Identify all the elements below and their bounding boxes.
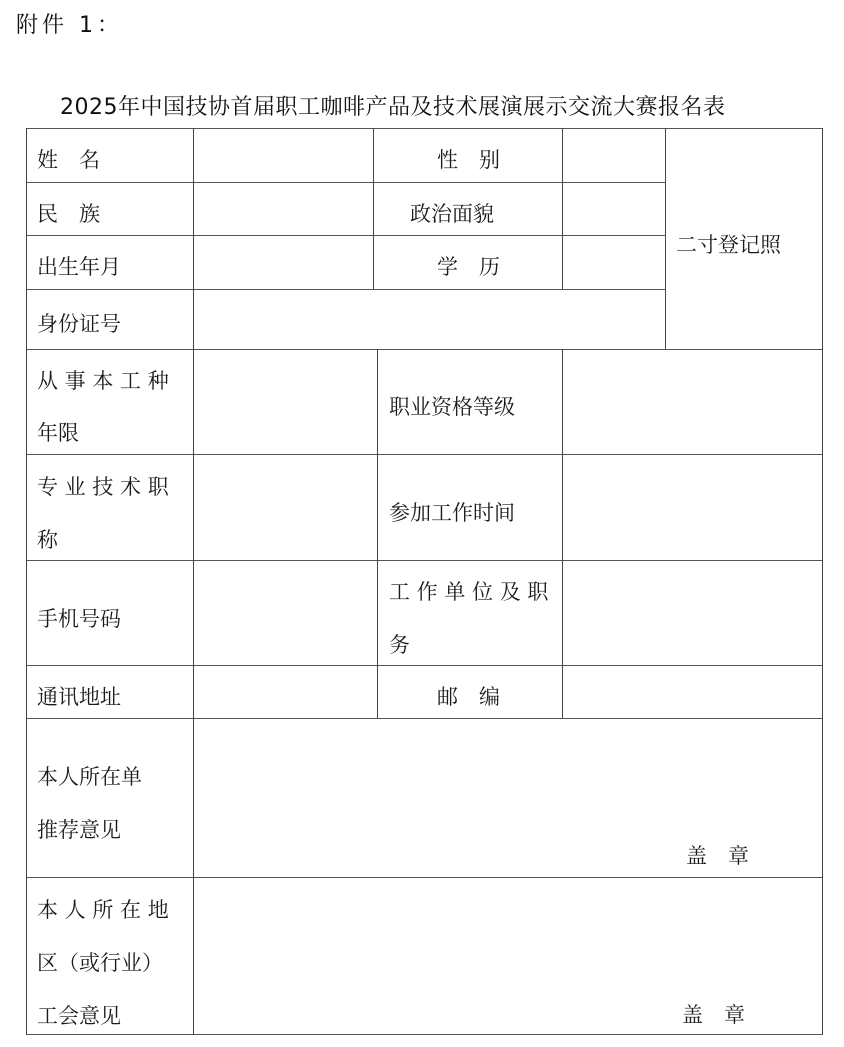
employer-input-cell[interactable] <box>564 562 821 664</box>
label-postcode: 邮 编 <box>437 687 500 708</box>
row-divider <box>26 289 665 290</box>
label-address: 通讯地址 <box>37 687 121 708</box>
table-border-top <box>26 128 823 129</box>
label-photo: 二寸登记照 <box>676 235 781 256</box>
row-divider <box>26 182 665 183</box>
label-professional-title-line2: 称 <box>37 530 58 551</box>
row-divider <box>26 665 823 666</box>
mobile-input-cell[interactable] <box>195 562 376 664</box>
label-professional-title-line1: 专 业 技 术 职 <box>37 477 169 498</box>
work-start-time-input-cell[interactable] <box>564 456 821 559</box>
address-input-cell[interactable] <box>195 667 376 717</box>
label-union-opinion-line1: 本 人 所 在 地 <box>37 900 169 921</box>
political-status-input-cell[interactable] <box>564 184 664 234</box>
table-border-bottom <box>26 1034 823 1035</box>
label-seal-union: 盖 章 <box>682 1005 745 1026</box>
col-divider <box>193 128 194 1035</box>
attachment-label: 附件 1： <box>16 8 123 39</box>
table-border-left <box>26 128 27 1035</box>
birth-date-input-cell[interactable] <box>195 237 372 288</box>
gender-input-cell[interactable] <box>564 130 664 181</box>
col-divider <box>562 349 563 718</box>
label-unit-opinion-line1: 本人所在单 <box>37 767 142 788</box>
qualification-level-input-cell[interactable] <box>564 351 821 453</box>
col-divider <box>665 128 666 349</box>
label-years-in-trade-line1: 从 事 本 工 种 <box>37 371 169 392</box>
id-number-input-cell[interactable] <box>195 291 664 348</box>
label-mobile: 手机号码 <box>37 609 121 630</box>
label-ethnicity: 民 族 <box>37 204 100 225</box>
row-divider <box>26 454 823 455</box>
label-union-opinion-line2: 区（或行业） <box>37 953 163 974</box>
label-work-start-time: 参加工作时间 <box>389 503 515 524</box>
label-years-in-trade-line2: 年限 <box>37 423 79 444</box>
row-divider <box>26 718 823 719</box>
col-divider <box>373 128 374 289</box>
ethnicity-input-cell[interactable] <box>195 184 372 234</box>
postcode-input-cell[interactable] <box>564 667 821 717</box>
row-divider <box>26 877 823 878</box>
label-union-opinion-line3: 工会意见 <box>37 1006 121 1027</box>
label-education: 学 历 <box>437 257 500 278</box>
professional-title-input-cell[interactable] <box>195 456 376 559</box>
label-birth-date: 出生年月 <box>37 257 121 278</box>
label-seal-unit: 盖 章 <box>686 846 749 867</box>
label-unit-opinion-line2: 推荐意见 <box>37 820 121 841</box>
row-divider <box>26 235 665 236</box>
form-title: 2025年中国技协首届职工咖啡产品及技术展演展示交流大赛报名表 <box>60 90 726 121</box>
table-border-right <box>822 128 823 1035</box>
label-political-status: 政治面貌 <box>410 204 494 225</box>
label-employer-line2: 务 <box>389 635 410 656</box>
name-input-cell[interactable] <box>195 130 372 181</box>
label-name: 姓 名 <box>37 150 100 171</box>
label-id-number: 身份证号 <box>37 314 121 335</box>
row-divider <box>26 560 823 561</box>
label-employer-line1: 工 作 单 位 及 职 <box>389 582 548 603</box>
years-in-trade-input-cell[interactable] <box>195 351 376 453</box>
row-divider <box>26 349 823 350</box>
col-divider <box>377 349 378 718</box>
label-qualification-level: 职业资格等级 <box>389 397 515 418</box>
education-input-cell[interactable] <box>564 237 664 288</box>
col-divider <box>562 128 563 289</box>
label-gender: 性 别 <box>437 150 500 171</box>
